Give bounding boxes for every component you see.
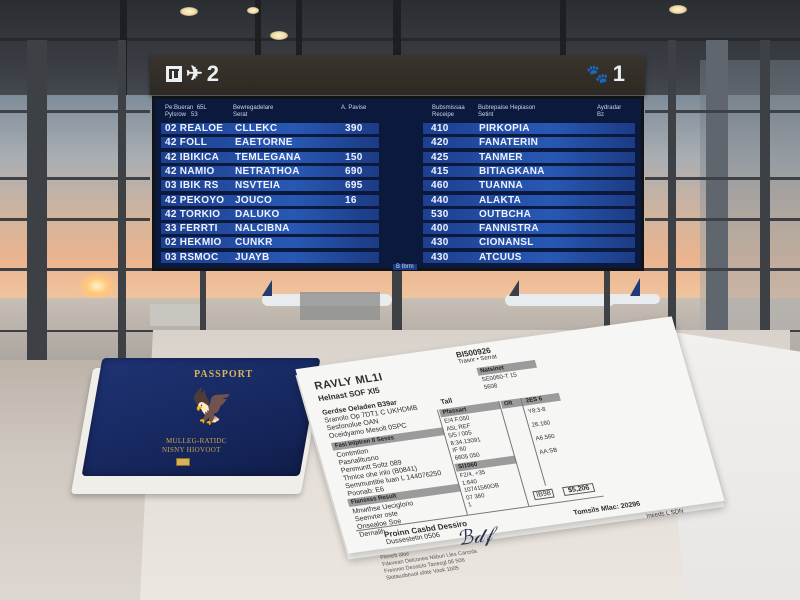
flight-number: 400: [431, 223, 479, 234]
board-footer: B Ibrm: [393, 264, 417, 270]
flight-destination: PIRKOPIA: [479, 123, 530, 134]
flight-destination: NSVTEIA: [235, 180, 345, 191]
flight-number: 410: [431, 123, 479, 134]
ceiling-light: [247, 7, 259, 14]
flight-destination: EAETORNE: [235, 137, 345, 148]
plane-arrow-icon: ✈: [186, 64, 203, 84]
flight-code: 42 TORKIO: [165, 209, 235, 220]
flight-number: 690: [345, 166, 363, 177]
flight-number: 530: [431, 209, 479, 220]
document-tab-label: Tall: [440, 398, 453, 406]
passport[interactable]: PASSPORT 🦅 MULLEG-RATIDC NISNY HIOVOOT: [82, 358, 316, 496]
passport-line2: NISNY HIOVOOT: [162, 446, 221, 454]
service-vehicle: [150, 304, 200, 326]
board-row-left: 02 HEKMIOCUNKR: [165, 237, 345, 248]
document-right-item: AA:SB: [539, 448, 558, 456]
board-header-col1: Pe:Bueran 65L Pylsrow 53: [165, 105, 207, 119]
board-row-left: 42 IBIKICATEMLEGANA150: [165, 152, 363, 163]
departure-board: Pe:Bueran 65L Pylsrow 53 Bewregadelare S…: [152, 96, 644, 271]
document-right-item: Y8:3-8: [527, 407, 546, 415]
jet-bridge: [300, 292, 380, 320]
flight-destination: CIONANSL: [479, 237, 534, 248]
board-header-col6: Aydradar Bz: [597, 105, 621, 119]
flight-destination: FANATERIN: [479, 137, 538, 148]
flight-number: 440: [431, 195, 479, 206]
flight-destination: ALAKTA: [479, 195, 521, 206]
document-right-header: 2ES 6: [522, 393, 561, 406]
board-row-right: 430CIONANSL: [431, 237, 534, 248]
board-header-col5: Bubrepaise Hepiason Setint: [478, 105, 535, 119]
flight-destination: DALUKO: [235, 209, 345, 220]
board-row-left: 42 TORKIODALUKO: [165, 209, 345, 220]
ceiling-light: [180, 7, 198, 16]
flight-number: 430: [431, 237, 479, 248]
document-box-line: 5608: [483, 383, 498, 391]
board-row-right: 430ATCUUS: [431, 252, 522, 263]
flight-number: 150: [345, 152, 363, 163]
gate-number-left: 2: [207, 61, 219, 87]
flight-destination: OUTBCHA: [479, 209, 531, 220]
passport-title: PASSPORT: [194, 369, 253, 380]
board-row-right: 400FANNISTRA: [431, 223, 539, 234]
gate-sign-right: 🐾 1: [586, 61, 625, 87]
flight-code: 02 HEKMIO: [165, 237, 235, 248]
document-mid2-item: 1: [468, 502, 473, 508]
ceiling-light: [669, 5, 687, 14]
setting-sun: [78, 272, 116, 300]
flight-code: 03 IBIK RS: [165, 180, 235, 191]
board-row-left: 03 IBIK RSNSVTEIA695: [165, 180, 363, 191]
document-total-label: IB98: [532, 489, 555, 501]
flight-code: 42 NAMIO: [165, 166, 235, 177]
flight-destination: TUANNA: [479, 180, 523, 191]
gate-sign: ✈ 2 🐾 1: [150, 55, 645, 95]
flight-number: 425: [431, 152, 479, 163]
board-row-right: 440ALAKTA: [431, 195, 521, 206]
board-row-right: 425TANMER: [431, 152, 523, 163]
document-mid2-item: F2/4, +35: [459, 470, 486, 479]
document-mid2-item: 07 360: [465, 493, 485, 501]
board-header-col2: Bewregadelare Serat: [233, 105, 273, 119]
flight-destination: NALCIBNA: [235, 223, 345, 234]
flight-destination: ATCUUS: [479, 252, 522, 263]
board-row-right: 460TUANNA: [431, 180, 523, 191]
document-front-sheet: RAVLY ML1I Helnast SOF XI5 BI500926 Tras…: [295, 316, 724, 553]
board-header-col4: Bubsmissaa Receipe: [432, 105, 465, 119]
passport-line1: MULLEG-RATIDC: [166, 437, 227, 445]
travel-document[interactable]: RAVLY ML1I Helnast SOF XI5 BI500926 Tras…: [314, 336, 730, 546]
board-header-col3: A. Pavise: [341, 105, 366, 112]
board-row-left: 42 PEKOYOJOUCO16: [165, 195, 357, 206]
board-row-right: 530OUTBCHA: [431, 209, 531, 220]
flight-destination: NETRATHOA: [235, 166, 345, 177]
flight-destination: TEMLEGANA: [235, 152, 345, 163]
flight-number: 460: [431, 180, 479, 191]
document-right-item: A6.560: [535, 434, 556, 442]
board-row-left: 02 REALOECLLEKC390: [165, 123, 363, 134]
board-row-right: 415BITIAGKANA: [431, 166, 545, 177]
board-row-left: 33 FERRTINALCIBNA: [165, 223, 345, 234]
flight-number: 16: [345, 195, 357, 206]
e-passport-chip-icon: [176, 458, 190, 466]
flight-destination: BITIAGKANA: [479, 166, 545, 177]
flight-number: 390: [345, 123, 363, 134]
flight-destination: FANNISTRA: [479, 223, 539, 234]
paw-icon: 🐾: [586, 65, 608, 83]
flight-destination: JOUCO: [235, 195, 345, 206]
flight-destination: CUNKR: [235, 237, 345, 248]
flight-destination: JUAYB: [235, 252, 345, 263]
flight-number: 420: [431, 137, 479, 148]
board-row-left: 42 NAMIONETRATHOA690: [165, 166, 363, 177]
flight-destination: CLLEKC: [235, 123, 345, 134]
document-total-value: $5,206: [562, 483, 596, 496]
flight-number: 415: [431, 166, 479, 177]
flight-code: 33 FERRTI: [165, 223, 235, 234]
ceiling-light: [270, 31, 288, 40]
flight-number: 695: [345, 180, 363, 191]
board-row-right: 410PIRKOPIA: [431, 123, 530, 134]
document-right-item: 26.160: [531, 420, 551, 428]
board-row-left: 03 RSMOCJUAYB: [165, 252, 345, 263]
document-corner-note: Ineeds L SDN: [646, 509, 684, 520]
flight-code: 03 RSMOC: [165, 252, 235, 263]
gate-number-right: 1: [613, 61, 625, 87]
flight-number: 430: [431, 252, 479, 263]
flight-destination: TANMER: [479, 152, 523, 163]
flight-code: 42 IBIKICA: [165, 152, 235, 163]
signature: ℬ𝒹𝒻: [454, 522, 495, 551]
gate-sign-left: ✈ 2: [166, 61, 219, 87]
flight-code: 42 PEKOYO: [165, 195, 235, 206]
eagle-seal-icon: 🦅: [182, 386, 242, 428]
board-row-left: 42 FOLLEAETORNE: [165, 137, 345, 148]
flight-code: 02 REALOE: [165, 123, 235, 134]
board-row-right: 420FANATERIN: [431, 137, 538, 148]
flight-code: 42 FOLL: [165, 137, 235, 148]
exit-door-icon: [166, 66, 182, 82]
